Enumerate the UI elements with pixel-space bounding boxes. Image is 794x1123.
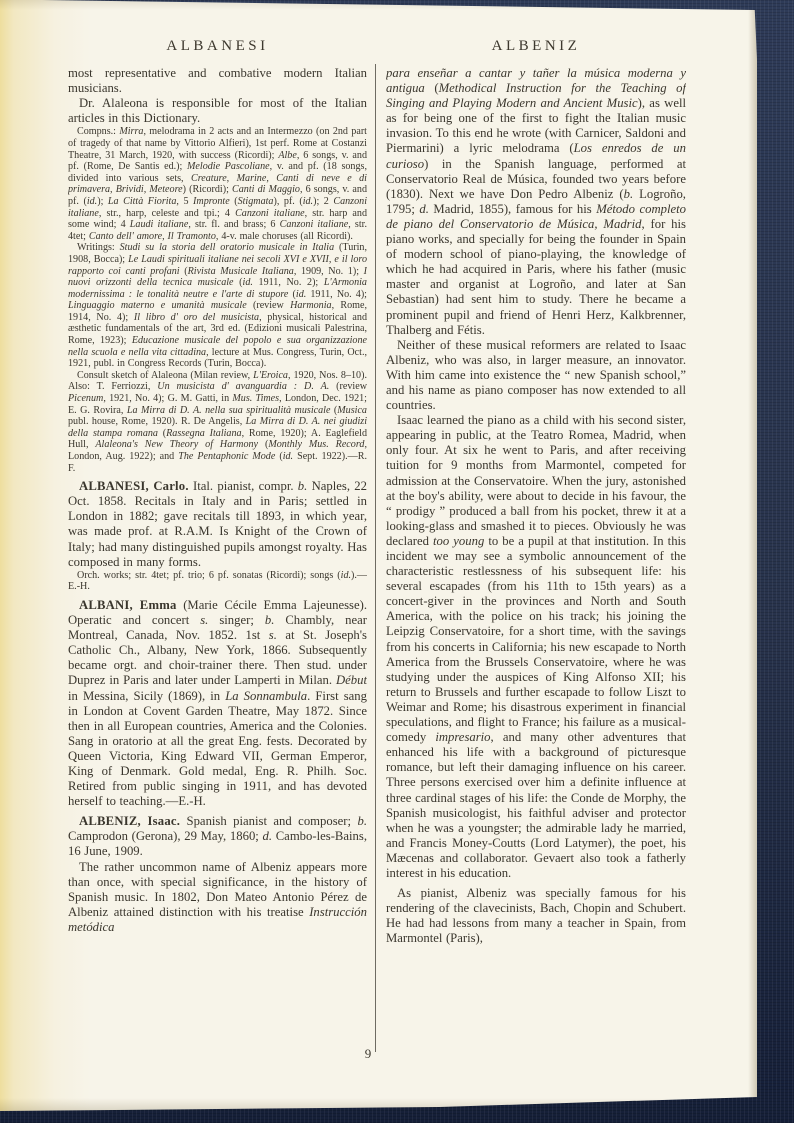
running-head-right: ALBENIZ (386, 38, 686, 55)
paragraph-continuation: para enseñar a cantar y tañer la música … (386, 66, 686, 338)
right-column: para enseñar a cantar y tañer la música … (386, 66, 686, 946)
orch-works-note: Orch. works; str. 4tet; pf. trio; 6 pf. … (68, 570, 367, 593)
entry-albanesi-carlo: ALBANESI, Carlo. Ital. pianist, compr. b… (68, 479, 367, 570)
paragraph: Isaac learned the piano as a child with … (386, 413, 686, 881)
entry-albeniz-isaac: ALBENIZ, Isaac. Spanish pianist and comp… (68, 814, 367, 859)
compositions-note: Compns.: Mirra, melodrama in 2 acts and … (68, 126, 367, 242)
entry-albani-emma: ALBANI, Emma (Marie Cécile Emma Lajeunes… (68, 598, 367, 809)
writings-note: Writings: Studi su la storia dell orator… (68, 242, 367, 370)
left-column: most representative and combative modern… (68, 66, 367, 935)
column-divider-rule (375, 64, 376, 1052)
paragraph: As pianist, Albeniz was specially famous… (386, 886, 686, 946)
paragraph: Neither of these musical reformers are r… (386, 338, 686, 413)
book-photo: { "book_page": { "left_header": "ALBANES… (0, 0, 794, 1123)
references-note: Consult sketch of Alaleona (Milan review… (68, 370, 367, 474)
book-page: ALBANESI ALBENIZ most representative and… (0, 0, 757, 1112)
paragraph: The rather uncommon name of Albeniz appe… (68, 860, 367, 935)
running-head-left: ALBANESI (68, 38, 367, 55)
paragraph: Dr. Alaleona is responsible for most of … (68, 96, 367, 126)
page-number: 9 (68, 1046, 668, 1062)
paragraph-continuation: most representative and combative modern… (68, 66, 367, 96)
